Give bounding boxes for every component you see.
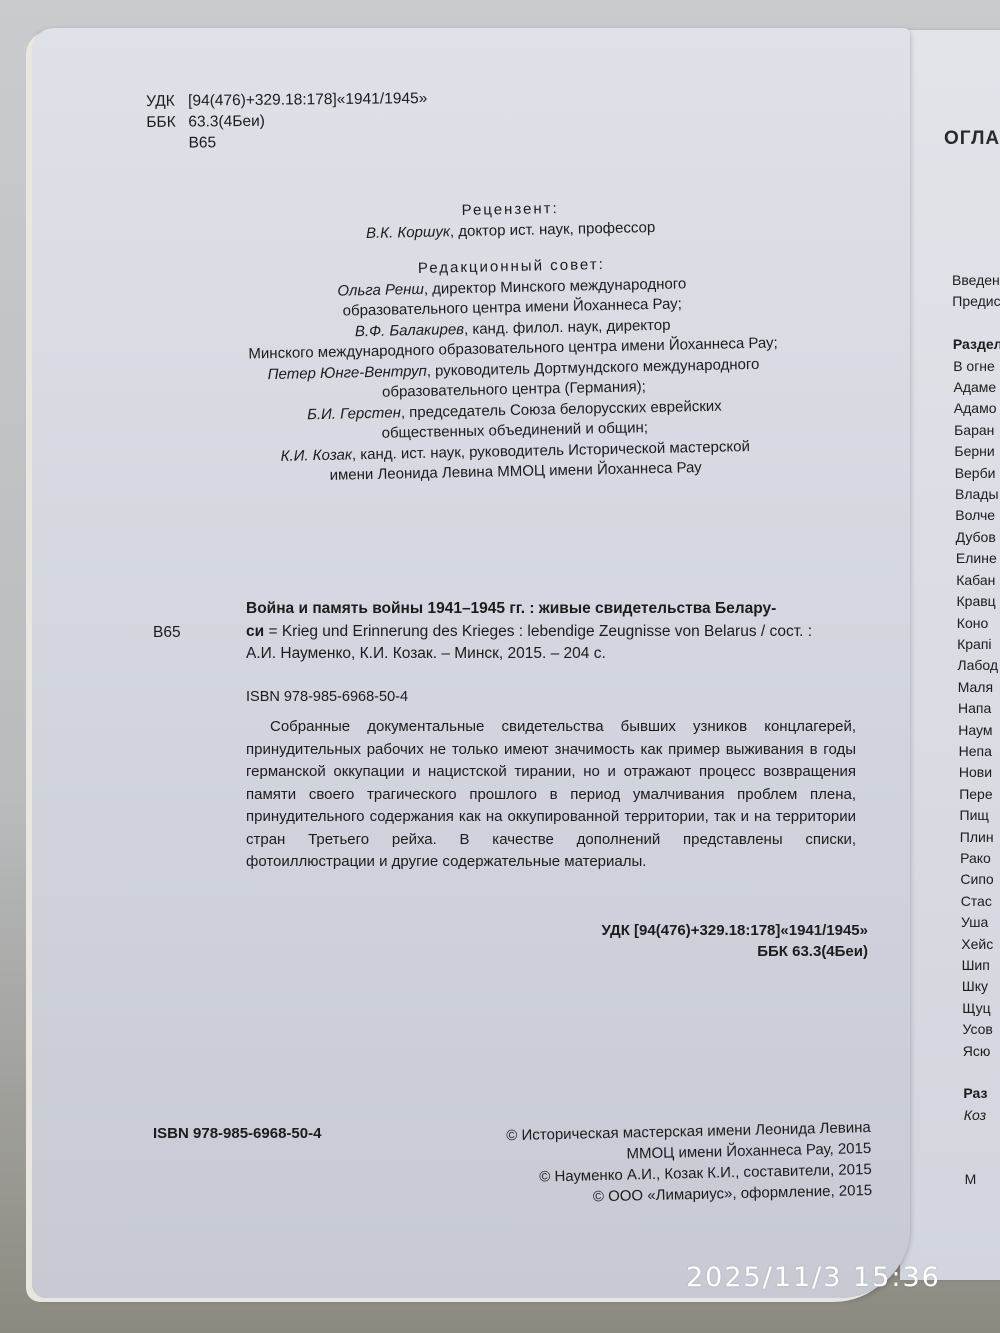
toc-list: ВведенПредис РазделВ огнеАдамеАдамоБаран…: [952, 270, 1000, 1190]
toc-item: Влады: [955, 484, 1000, 505]
record-title-line: Война и память войны 1941–1945 гг. : жив…: [246, 598, 868, 621]
toc-title: ОГЛА: [944, 128, 1000, 150]
toc-item: Верби: [955, 463, 1000, 484]
toc-item: [964, 1148, 1000, 1169]
toc-item: Пере: [959, 784, 1000, 805]
member-name: Б.И. Герстен: [307, 404, 401, 423]
abstract: Собранные документальные свидетельства б…: [246, 716, 856, 874]
toc-item: М: [965, 1169, 1000, 1190]
bbk-value: 63.3(4Беи): [188, 111, 265, 133]
record-udk: УДК [94(476)+329.18:178]«1941/1945»: [601, 920, 868, 941]
credits-block: Рецензент: В.К. Коршук, доктор ист. наук…: [200, 194, 826, 489]
toc-item: Волче: [955, 505, 1000, 526]
bbk-label: ББК: [146, 112, 188, 133]
record-title-end: си: [246, 623, 264, 640]
udk-value: [94(476)+329.18:178]«1941/1945»: [188, 88, 427, 112]
toc-item: Кравц: [957, 591, 1000, 612]
record-codes: УДК [94(476)+329.18:178]«1941/1945» ББК …: [601, 920, 868, 962]
toc-item: Уша: [961, 912, 1000, 933]
toc-item: Маля: [958, 677, 1000, 698]
isbn-footer: ISBN 978-985-6968-50-4: [153, 1124, 321, 1144]
toc-item: Шип: [962, 955, 1000, 976]
toc-item: В огне: [953, 356, 1000, 377]
toc-item: [964, 1126, 1000, 1147]
toc-item: Крапі: [957, 634, 1000, 655]
member-name: В.Ф. Балакирев: [355, 320, 464, 339]
toc-item: Берни: [954, 441, 1000, 462]
record-bbk: ББК 63.3(4Беи): [601, 941, 868, 962]
toc-item: Адамо: [954, 398, 1000, 419]
copyright-block: © Историческая мастерская имени Леонида …: [506, 1117, 872, 1209]
toc-item: Раздел: [953, 334, 1000, 355]
toc-item: Кабан: [956, 570, 1000, 591]
toc-item: Адаме: [954, 377, 1000, 398]
toc-item: [963, 1062, 1000, 1083]
toc-item: Лабод: [957, 655, 1000, 676]
toc-item: Раз: [963, 1083, 1000, 1104]
toc-item: Елине: [956, 548, 1000, 569]
abstract-text: Собранные документальные свидетельства б…: [246, 716, 856, 874]
toc-item: Предис: [952, 291, 1000, 312]
member-name: Ольга Ренш: [337, 280, 424, 299]
author-mark: В65: [188, 132, 216, 153]
record-line-3: А.И. Науменко, К.И. Козак. – Минск, 2015…: [246, 643, 868, 666]
member-text: , канд. филол. наук, директор: [464, 316, 671, 337]
isbn-record: ISBN 978-985-6968-50-4: [246, 687, 408, 707]
udk-label: УДК: [146, 91, 188, 112]
record-parallel-title: = Krieg und Erinnerung des Krieges : leb…: [264, 623, 812, 640]
member-text: , директор Минского международного: [424, 275, 687, 297]
reviewer-details: , доктор ист. наук, профессор: [450, 218, 656, 239]
toc-item: Дубов: [956, 527, 1000, 548]
toc-item: Коз: [964, 1105, 1000, 1126]
photo-timestamp: 2025/11/3 15:36: [686, 1262, 941, 1293]
classification-codes: УДК[94(476)+329.18:178]«1941/1945» ББК63…: [146, 88, 428, 154]
toc-item: Стас: [961, 891, 1000, 912]
toc-item: Ясю: [963, 1041, 1000, 1062]
member-name: Петер Юнге-Вентруп: [268, 362, 427, 382]
toc-item: Сипо: [960, 869, 1000, 890]
toc-item: Шку: [962, 976, 1000, 997]
member-text: образовательного центра (Германия);: [382, 378, 646, 401]
member-text: общественных объединений и общин;: [381, 419, 648, 442]
toc-item: Непа: [959, 741, 1000, 762]
toc-item: Коно: [957, 613, 1000, 634]
member-name: К.И. Козак: [280, 446, 352, 464]
toc-item: Хейс: [961, 934, 1000, 955]
toc-item: Щуц: [962, 998, 1000, 1019]
toc-item: Пищ: [960, 805, 1000, 826]
reviewer-name: В.К. Коршук: [366, 223, 450, 242]
toc-item: Напа: [958, 698, 1000, 719]
toc-item: Усов: [963, 1019, 1000, 1040]
record-author-mark: В65: [153, 622, 181, 645]
toc-item: [953, 313, 1000, 334]
toc-item: Плин: [960, 827, 1000, 848]
toc-item: Баран: [954, 420, 1000, 441]
toc-item: Введен: [952, 270, 1000, 291]
toc-item: Наум: [958, 720, 1000, 741]
record-body: Война и память войны 1941–1945 гг. : жив…: [246, 598, 868, 666]
toc-item: Нови: [959, 762, 1000, 783]
record-line-2: си = Krieg und Erinnerung des Krieges : …: [246, 621, 868, 644]
toc-item: Рако: [960, 848, 1000, 869]
